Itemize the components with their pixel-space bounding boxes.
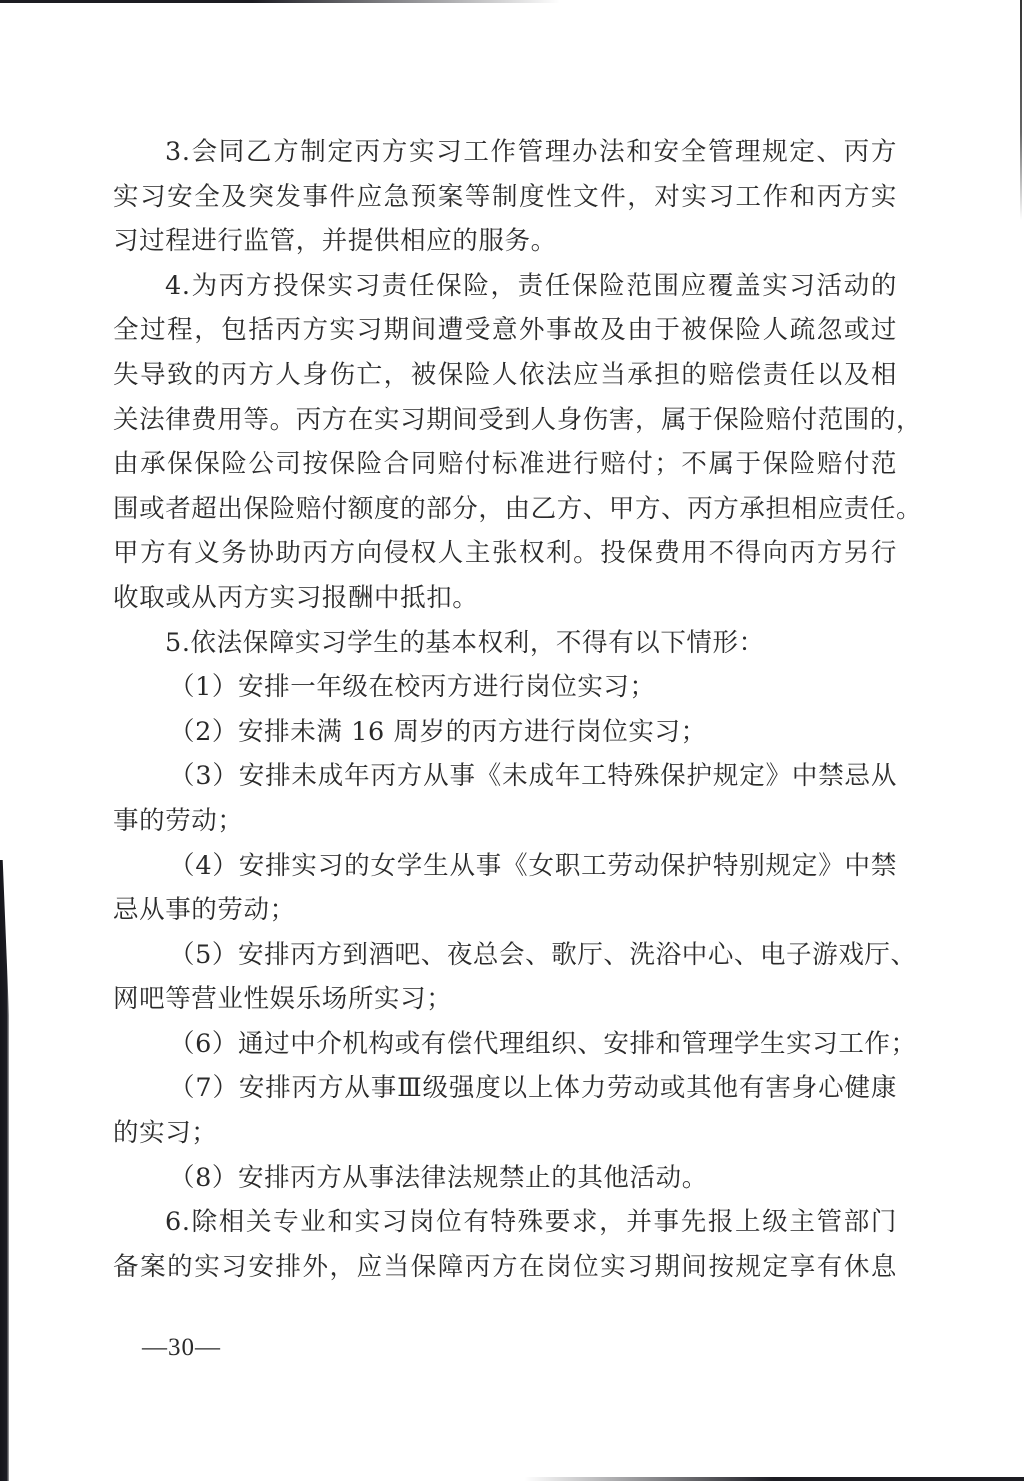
text-line: 网吧等营业性娱乐场所实习； (113, 977, 897, 1022)
list-item: （6）通过中介机构或有偿代理组织、安排和管理学生实习工作； (113, 1022, 897, 1067)
list-item: （8）安排丙方从事法律法规禁止的其他活动。 (113, 1156, 897, 1201)
list-item: （5）安排丙方到酒吧、夜总会、歌厅、洗浴中心、电子游戏厅、 (113, 933, 897, 978)
text-line: 6.除相关专业和实习岗位有特殊要求，并事先报上级主管部门 (113, 1200, 897, 1245)
scan-edge-right (1020, 0, 1022, 220)
text-line: 甲方有义务协助丙方向侵权人主张权利。投保费用不得向丙方另行 (113, 531, 897, 576)
text-line: 关法律费用等。丙方在实习期间受到人身伤害，属于保险赔付范围的， (113, 398, 897, 443)
list-item: （2）安排未满 16 周岁的丙方进行岗位实习； (113, 710, 897, 755)
text-line: 5.依法保障实习学生的基本权利，不得有以下情形： (113, 621, 897, 666)
scan-edge-bottom (524, 1477, 1024, 1481)
document-body: 3.会同乙方制定丙方实习工作管理办法和安全管理规定、丙方 实习安全及突发事件应急… (113, 130, 897, 1289)
text-line: 3.会同乙方制定丙方实习工作管理办法和安全管理规定、丙方 (113, 130, 897, 175)
list-item: （7）安排丙方从事Ⅲ级强度以上体力劳动或其他有害身心健康 (113, 1066, 897, 1111)
text-line: 备案的实习安排外，应当保障丙方在岗位实习期间按规定享有休息 (113, 1245, 897, 1290)
list-item: （1）安排一年级在校丙方进行岗位实习； (113, 665, 897, 710)
text-line: 围或者超出保险赔付额度的部分，由乙方、甲方、丙方承担相应责任。 (113, 487, 897, 532)
list-item: （4）安排实习的女学生从事《女职工劳动保护特别规定》中禁 (113, 844, 897, 889)
text-line: 失导致的丙方人身伤亡，被保险人依法应当承担的赔偿责任以及相 (113, 353, 897, 398)
text-line: 忌从事的劳动； (113, 888, 897, 933)
page-number: —30— (142, 1330, 221, 1366)
text-line: 收取或从丙方实习报酬中抵扣。 (113, 576, 897, 621)
text-line: 的实习； (113, 1111, 897, 1156)
scan-edge-top (0, 0, 560, 3)
text-line: 习过程进行监管，并提供相应的服务。 (113, 219, 897, 264)
list-item: （3）安排未成年丙方从事《未成年工特殊保护规定》中禁忌从 (113, 754, 897, 799)
scan-edge-left (0, 860, 9, 1481)
text-line: 全过程，包括丙方实习期间遭受意外事故及由于被保险人疏忽或过 (113, 308, 897, 353)
text-line: 实习安全及突发事件应急预案等制度性文件，对实习工作和丙方实 (113, 175, 897, 220)
text-line: 由承保保险公司按保险合同赔付标准进行赔付；不属于保险赔付范 (113, 442, 897, 487)
text-line: 事的劳动； (113, 799, 897, 844)
text-line: 4.为丙方投保实习责任保险，责任保险范围应覆盖实习活动的 (113, 264, 897, 309)
